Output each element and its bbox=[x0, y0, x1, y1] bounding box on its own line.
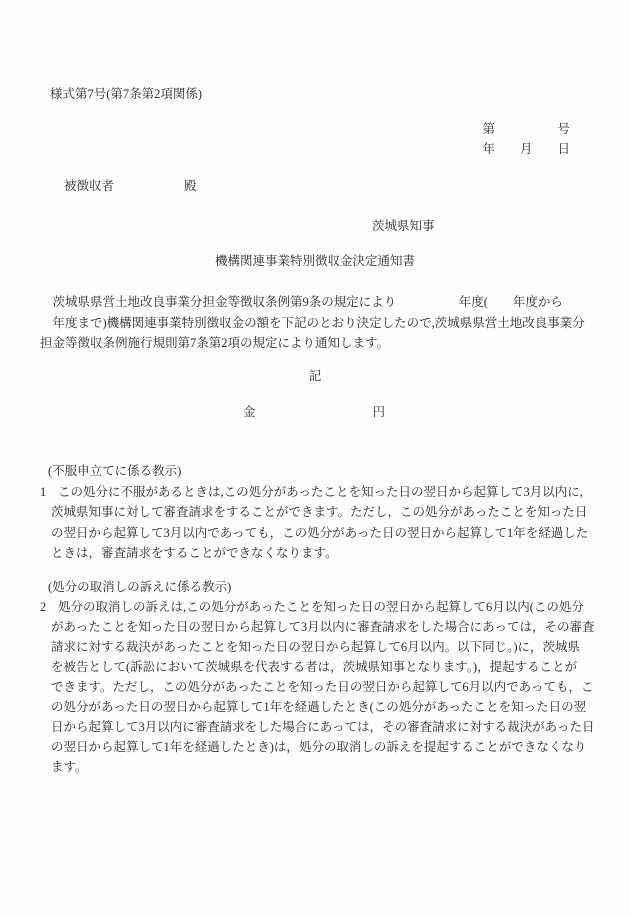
body-line: 茨城県県営土地改良事業分担金等徴収条例第9条の規定により 年度( 年度から bbox=[40, 292, 600, 313]
ki-marker: 記 bbox=[0, 366, 630, 386]
form-label: 様式第7号(第7条第2項関係) bbox=[50, 84, 202, 104]
recipient-honorific: 殿 bbox=[184, 179, 197, 193]
item-text: 処分の取消しの訴えは,この処分があったことを知った日の翌日から起算して6月以内(… bbox=[58, 600, 584, 614]
body-paragraph: 茨城県県営土地改良事業分担金等徴収条例第9条の規定により 年度( 年度から 年度… bbox=[40, 292, 600, 354]
date-line: 年 月 日 bbox=[482, 139, 570, 159]
amount-line: 金円 bbox=[243, 402, 385, 422]
item-line: の処分があった日の翌日から起算して1年を経過したとき(この処分があったことを知っ… bbox=[40, 697, 600, 717]
item-number: 2 bbox=[40, 597, 58, 617]
section-heading: (処分の取消しの訴えに係る教示) bbox=[40, 577, 600, 597]
lawsuit-instruction-section: (処分の取消しの訴えに係る教示) 2処分の取消しの訴えは,この処分があったことを… bbox=[40, 577, 600, 777]
item-line: を被告として(訴訟において茨城県を代表する者は，茨城県知事となります。)，提起す… bbox=[40, 657, 600, 677]
document-page: 様式第7号(第7条第2項関係) 第 号 年 月 日 被徴収者殿 茨城県知事 機構… bbox=[0, 0, 630, 915]
recipient-line: 被徴収者殿 bbox=[64, 176, 197, 196]
numbered-item: 2処分の取消しの訴えは,この処分があったことを知った日の翌日から起算して6月以内… bbox=[40, 597, 600, 777]
item-line: があったことを知った日の翌日から起算して3月以内に審査請求をした場合にあっては，… bbox=[40, 617, 600, 637]
numbered-item: 1この処分に不服があるときは,この処分があったことを知った日の翌日から起算して3… bbox=[40, 482, 600, 564]
item-line: 2処分の取消しの訴えは,この処分があったことを知った日の翌日から起算して6月以内… bbox=[40, 597, 600, 617]
item-line: できます。ただし，この処分があったことを知った日の翌日から起算して6月以内であっ… bbox=[40, 677, 600, 697]
body-line: 年度まで)機構関連事業特別徴収金の額を下記のとおり決定したので,茨城県県営土地改… bbox=[40, 313, 600, 334]
issuer-name: 茨城県知事 bbox=[372, 216, 435, 236]
item-line: の翌日から起算して1年を経過したとき)は，処分の取消しの訴えを提起することができ… bbox=[40, 737, 600, 757]
amount-kin-label: 金 bbox=[243, 405, 256, 419]
item-line: ときは，審査請求をすることができなくなります。 bbox=[40, 543, 600, 564]
item-line: 茨城県知事に対して審査請求をすることができます。ただし，この処分があったことを知… bbox=[40, 502, 600, 523]
document-title: 機構関連事業特別徴収金決定通知書 bbox=[0, 251, 630, 271]
body-line: 担金等徴収条例施行規則第7条第2項の規定により通知します。 bbox=[40, 333, 600, 354]
item-line: の翌日から起算して3月以内であっても，この処分があった日の翌日から起算して1年を… bbox=[40, 523, 600, 544]
reference-block: 第 号 年 月 日 bbox=[482, 119, 570, 159]
item-text: この処分に不服があるときは,この処分があったことを知った日の翌日から起算して3月… bbox=[58, 485, 583, 499]
amount-yen-label: 円 bbox=[373, 405, 386, 419]
document-number-line: 第 号 bbox=[482, 119, 570, 139]
item-number: 1 bbox=[40, 482, 58, 503]
item-line: 日から起算して3月以内に審査請求をした場合にあっては，その審査請求に対する裁決が… bbox=[40, 717, 600, 737]
item-line: 請求に対する裁決があったことを知った日の翌日から起算して6月以内。以下同じ。)に… bbox=[40, 637, 600, 657]
item-line: 1この処分に不服があるときは,この処分があったことを知った日の翌日から起算して3… bbox=[40, 482, 600, 503]
appeal-instruction-section: (不服申立てに係る教示) 1この処分に不服があるときは,この処分があったことを知… bbox=[40, 461, 600, 564]
section-heading: (不服申立てに係る教示) bbox=[40, 461, 600, 482]
item-line: ます。 bbox=[40, 757, 600, 777]
recipient-label: 被徴収者 bbox=[64, 179, 114, 193]
